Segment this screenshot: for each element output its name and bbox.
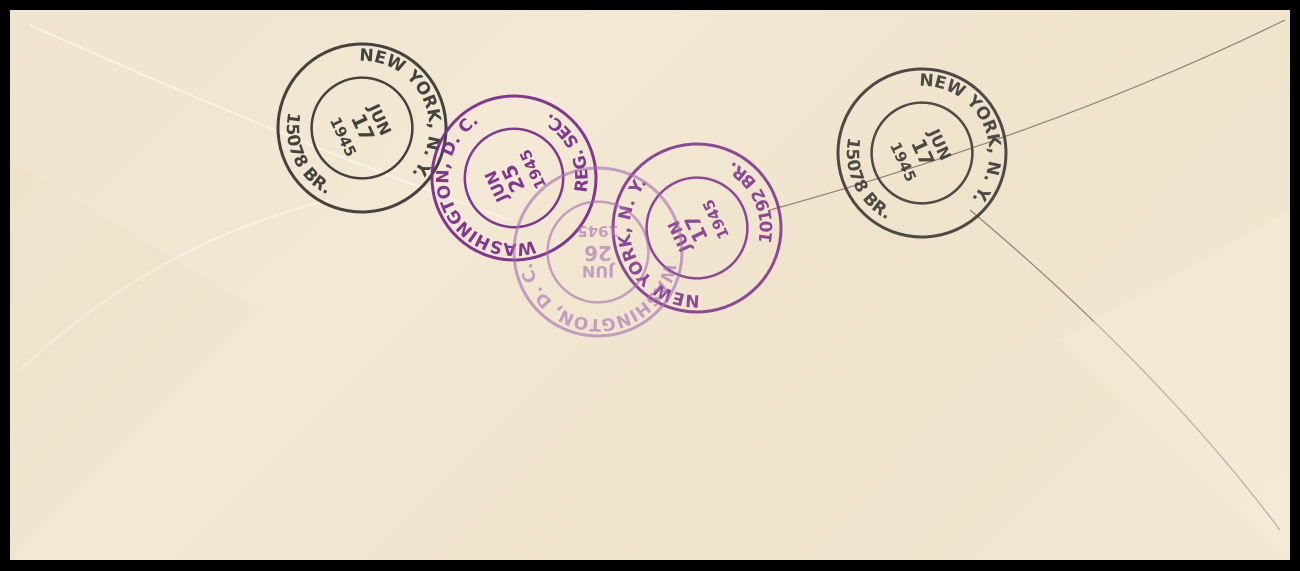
postmark-ny-right: NEW YORK, N. Y.15078 BR.JUN171945: [810, 41, 1033, 264]
envelope-back: NEW YORK, N. Y.15078 BR.JUN171945NEW YOR…: [10, 10, 1290, 560]
postmark-ring-text-top: NEW YORK, N. Y.: [911, 50, 1028, 212]
postmark-washington-faint: WASHINGTON, D. C.JUN261945: [514, 168, 682, 336]
photo-frame: NEW YORK, N. Y.15078 BR.JUN171945NEW YOR…: [0, 0, 1300, 571]
postmark-year: 1945: [577, 222, 619, 240]
postmarks-layer: NEW YORK, N. Y.15078 BR.JUN171945NEW YOR…: [10, 10, 1290, 560]
postmark-day: 26: [584, 241, 612, 265]
